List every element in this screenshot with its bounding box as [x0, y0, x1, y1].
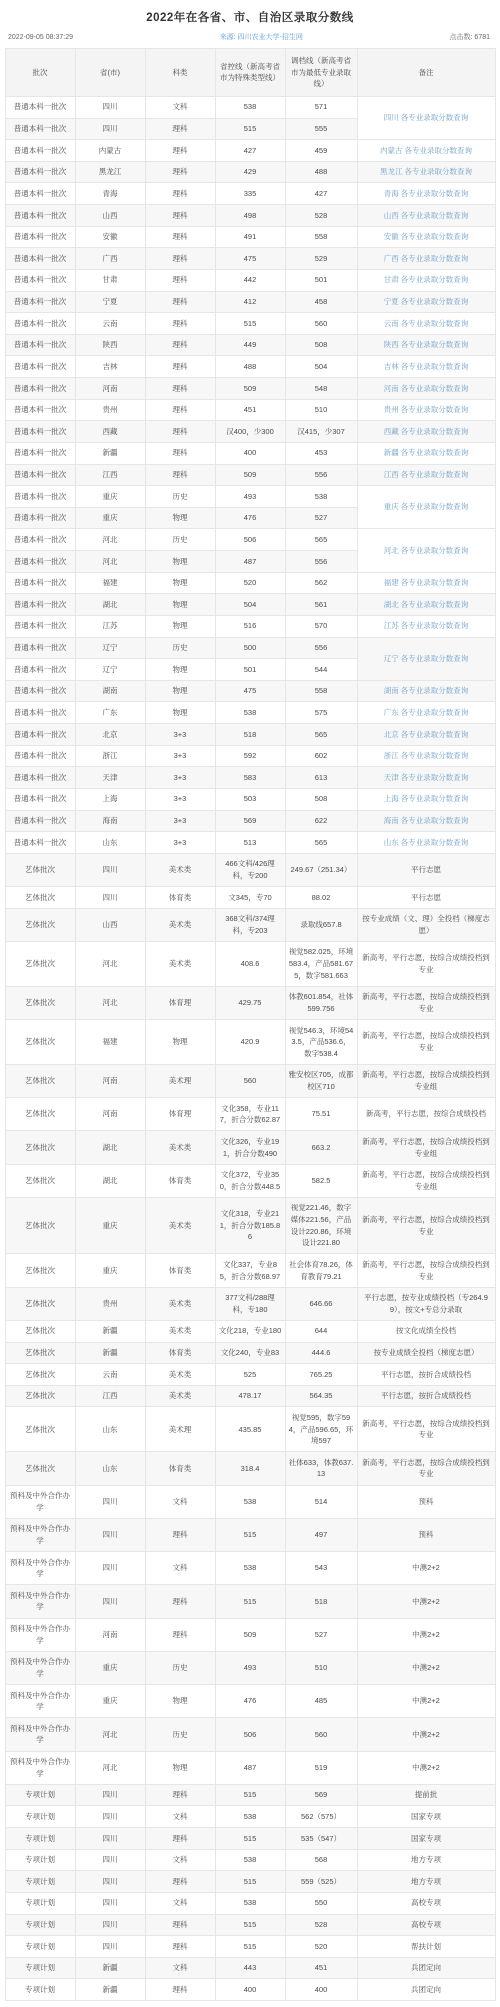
remark-cell: 山东 各专业录取分数查询	[357, 832, 495, 854]
category-cell: 理科	[145, 248, 215, 270]
remark-cell: 河南 各专业录取分数查询	[357, 378, 495, 400]
province-cell: 新疆	[75, 1979, 145, 2001]
remark-link[interactable]: 山西 各专业录取分数查询	[384, 211, 469, 220]
remark-text: 新高考，平行志愿，按综合成绩投档到专业	[362, 1260, 490, 1281]
category-cell: 文科	[145, 1892, 215, 1914]
province-cell: 河北	[75, 1751, 145, 1784]
control-line-cell: 487	[215, 1751, 285, 1784]
category-cell: 体育理	[145, 986, 215, 1019]
batch-cell: 专项计划	[5, 1871, 75, 1893]
remark-link[interactable]: 新疆 各专业录取分数查询	[384, 448, 469, 457]
batch-cell: 普通本科一批次	[5, 529, 75, 551]
remark-cell: 提前批	[357, 1784, 495, 1806]
category-cell: 美术类	[145, 853, 215, 886]
control-line-cell: 文345，专70	[215, 887, 285, 909]
control-line-cell: 文化218，专业180	[215, 1320, 285, 1342]
col-header-4: 调档线（新高考省市为最低专业录取线）	[285, 49, 357, 97]
transfer-line-cell: 560	[285, 1718, 357, 1751]
batch-cell: 普通本科一批次	[5, 464, 75, 486]
remark-link[interactable]: 广东 各专业录取分数查询	[384, 708, 469, 717]
col-header-1: 省(市)	[75, 49, 145, 97]
batch-cell: 专项计划	[5, 1806, 75, 1828]
table-row: 预科及中外合作办学河北物理487519中澳2+2	[5, 1751, 495, 1784]
province-cell: 甘肃	[75, 269, 145, 291]
province-cell: 重庆	[75, 1651, 145, 1684]
batch-cell: 预科及中外合作办学	[5, 1685, 75, 1718]
control-line-cell: 516	[215, 615, 285, 637]
remark-link[interactable]: 湖北 各专业录取分数查询	[384, 600, 469, 609]
category-cell: 理科	[145, 1784, 215, 1806]
province-cell: 山东	[75, 1407, 145, 1452]
province-cell: 新疆	[75, 1342, 145, 1364]
table-row: 普通本科一批次浙江3+3592602浙江 各专业录取分数查询	[5, 745, 495, 767]
province-cell: 四川	[75, 1806, 145, 1828]
remark-link[interactable]: 黑龙江 各专业录取分数查询	[380, 167, 472, 176]
province-cell: 湖北	[75, 594, 145, 616]
province-cell: 云南	[75, 313, 145, 335]
category-cell: 历史	[145, 1718, 215, 1751]
control-line-cell: 408.6	[215, 941, 285, 986]
col-header-5: 备注	[357, 49, 495, 97]
batch-cell: 艺体批次	[5, 941, 75, 986]
col-header-0: 批次	[5, 49, 75, 97]
category-cell: 体育类	[145, 1254, 215, 1287]
transfer-line-cell: 508	[285, 334, 357, 356]
remark-text: 新高考，平行志愿，按综合成绩投档到专业	[362, 1215, 490, 1236]
province-cell: 四川	[75, 853, 145, 886]
remark-link[interactable]: 陕西 各专业录取分数查询	[384, 340, 469, 349]
remark-text: 中澳2+2	[412, 1563, 440, 1572]
transfer-line-cell: 556	[285, 464, 357, 486]
remark-text: 中澳2+2	[412, 1630, 440, 1639]
remark-link[interactable]: 贵州 各专业录取分数查询	[384, 405, 469, 414]
control-line-cell: 506	[215, 529, 285, 551]
category-cell: 文科	[145, 1806, 215, 1828]
control-line-cell: 487	[215, 551, 285, 573]
remark-text: 中澳2+2	[412, 1696, 440, 1705]
remark-cell: 宁夏 各专业录取分数查询	[357, 291, 495, 313]
remark-text: 新高考，平行志愿，按综合成绩投档到专业	[362, 1458, 490, 1479]
category-cell: 物理	[145, 507, 215, 529]
province-cell: 福建	[75, 1020, 145, 1065]
header-row: 批次省(市)科类省控线（新高考省市为特殊类型线）调档线（新高考省市为最低专业录取…	[5, 49, 495, 97]
transfer-line-cell: 622	[285, 810, 357, 832]
remark-cell: 北京 各专业录取分数查询	[357, 724, 495, 746]
remark-link[interactable]: 内蒙古 各专业录取分数查询	[380, 146, 472, 155]
batch-cell: 普通本科一批次	[5, 615, 75, 637]
remark-text: 新高考，平行志愿，按综合成绩投档到专业	[362, 1031, 490, 1052]
remark-text: 国家专项	[411, 1812, 441, 1821]
control-line-cell: 400	[215, 442, 285, 464]
batch-cell: 普通本科一批次	[5, 810, 75, 832]
control-line-cell: 515	[215, 1784, 285, 1806]
province-cell: 河南	[75, 1064, 145, 1097]
category-cell: 物理	[145, 702, 215, 724]
remark-text: 兵团定向	[411, 1963, 441, 1972]
category-cell: 理科	[145, 1979, 215, 2001]
transfer-line-cell: 514	[285, 1485, 357, 1518]
table-row: 艺体批次新疆体育类文化240，专业83444.6按专业成绩全投档（梯度志愿）	[5, 1342, 495, 1364]
batch-cell: 普通本科一批次	[5, 161, 75, 183]
transfer-line-cell: 527	[285, 507, 357, 529]
transfer-line-cell: 562（575）	[285, 1806, 357, 1828]
remark-link[interactable]: 湖南 各专业录取分数查询	[384, 686, 469, 695]
province-cell: 陕西	[75, 334, 145, 356]
hit-counter: 点击数: 6781	[450, 32, 490, 42]
remark-cell: 甘肃 各专业录取分数查询	[357, 269, 495, 291]
transfer-line-cell: 556	[285, 551, 357, 573]
batch-cell: 艺体批次	[5, 1064, 75, 1097]
table-row: 普通本科一批次福建物理520562福建 各专业录取分数查询	[5, 572, 495, 594]
batch-cell: 普通本科一批次	[5, 572, 75, 594]
province-cell: 山东	[75, 1452, 145, 1485]
transfer-line-cell: 录取线657.8	[285, 908, 357, 941]
transfer-line-cell: 569	[285, 1784, 357, 1806]
batch-cell: 普通本科一批次	[5, 313, 75, 335]
transfer-line-cell: 488	[285, 161, 357, 183]
control-line-cell: 400	[215, 1979, 285, 2001]
table-row: 普通本科一批次甘肃理科442501甘肃 各专业录取分数查询	[5, 269, 495, 291]
table-row: 专项计划四川理科515569提前批	[5, 1784, 495, 1806]
table-row: 专项计划四川理科515559（525）地方专项	[5, 1871, 495, 1893]
batch-cell: 预科及中外合作办学	[5, 1751, 75, 1784]
table-row: 专项计划四川文科538550高校专项	[5, 1892, 495, 1914]
transfer-line-cell: 社体633，体教637.13	[285, 1452, 357, 1485]
batch-cell: 专项计划	[5, 1784, 75, 1806]
control-line-cell: 368文科/374理科，专203	[215, 908, 285, 941]
remark-cell: 山西 各专业录取分数查询	[357, 205, 495, 227]
transfer-line-cell: 613	[285, 767, 357, 789]
remark-link[interactable]: 江苏 各专业录取分数查询	[384, 621, 469, 630]
transfer-line-cell: 528	[285, 1914, 357, 1936]
batch-cell: 艺体批次	[5, 1131, 75, 1164]
table-row: 普通本科一批次贵州理科451510贵州 各专业录取分数查询	[5, 399, 495, 421]
remark-cell: 平行志愿	[357, 853, 495, 886]
control-line-cell: 538	[215, 1552, 285, 1585]
batch-cell: 普通本科一批次	[5, 594, 75, 616]
batch-cell: 艺体批次	[5, 1098, 75, 1131]
table-row: 预科及中外合作办学重庆物理476485中澳2+2	[5, 1685, 495, 1718]
remark-link[interactable]: 云南 各专业录取分数查询	[384, 319, 469, 328]
province-cell: 四川	[75, 1871, 145, 1893]
category-cell: 物理	[145, 1751, 215, 1784]
remark-link[interactable]: 浙江 各专业录取分数查询	[384, 751, 469, 760]
control-line-cell: 498	[215, 205, 285, 227]
table-row: 预科及中外合作办学四川文科538543中澳2+2	[5, 1552, 495, 1585]
transfer-line-cell: 555	[285, 118, 357, 140]
remark-cell: 云南 各专业录取分数查询	[357, 313, 495, 335]
remark-cell: 高校专项	[357, 1892, 495, 1914]
remark-link[interactable]: 河南 各专业录取分数查询	[384, 384, 469, 393]
province-cell: 重庆	[75, 1254, 145, 1287]
control-line-cell: 513	[215, 832, 285, 854]
batch-cell: 专项计划	[5, 1936, 75, 1958]
remark-link[interactable]: 青海 各专业录取分数查询	[384, 189, 469, 198]
control-line-cell: 488	[215, 356, 285, 378]
category-cell: 理科	[145, 1828, 215, 1850]
meta-bar: 2022-09-05 08:37:29 来源: 四川农业大学-招生网 点击数: …	[0, 32, 500, 48]
remark-link[interactable]: 山东 各专业录取分数查询	[384, 838, 469, 847]
control-line-cell: 506	[215, 1718, 285, 1751]
batch-cell: 预科及中外合作办学	[5, 1651, 75, 1684]
batch-cell: 普通本科一批次	[5, 507, 75, 529]
table-row: 专项计划新疆理科400400兵团定向	[5, 1979, 495, 2001]
province-cell: 辽宁	[75, 659, 145, 681]
table-row: 普通本科一批次西藏理科汉400，少300汉415，少307西藏 各专业录取分数查…	[5, 421, 495, 443]
category-cell: 物理	[145, 1685, 215, 1718]
remark-link[interactable]: 河北 各专业录取分数查询	[384, 546, 469, 555]
transfer-line-cell: 451	[285, 1957, 357, 1979]
transfer-line-cell: 565	[285, 529, 357, 551]
control-line-cell: 449	[215, 334, 285, 356]
remark-cell: 按文化成绩全投档	[357, 1320, 495, 1342]
remark-cell: 青海 各专业录取分数查询	[357, 183, 495, 205]
batch-cell: 艺体批次	[5, 853, 75, 886]
remark-text: 平行志愿	[411, 893, 441, 902]
remark-cell: 陕西 各专业录取分数查询	[357, 334, 495, 356]
control-line-cell: 503	[215, 788, 285, 810]
source-label: 来源:	[220, 34, 236, 41]
remark-cell: 高校专项	[357, 1914, 495, 1936]
category-cell: 理科	[145, 1585, 215, 1618]
province-cell: 湖北	[75, 1164, 145, 1197]
batch-cell: 预科及中外合作办学	[5, 1618, 75, 1651]
remark-cell: 按专业成绩（文、理）全投档（梯度志愿）	[357, 908, 495, 941]
control-line-cell: 504	[215, 594, 285, 616]
province-cell: 河北	[75, 986, 145, 1019]
batch-cell: 艺体批次	[5, 1254, 75, 1287]
remark-link[interactable]: 上海 各专业录取分数查询	[384, 794, 469, 803]
transfer-line-cell: 550	[285, 1892, 357, 1914]
category-cell: 美术类	[145, 1320, 215, 1342]
category-cell: 理科	[145, 313, 215, 335]
remark-link[interactable]: 重庆 各专业录取分数查询	[384, 502, 469, 511]
batch-cell: 艺体批次	[5, 1197, 75, 1254]
control-line-cell: 500	[215, 637, 285, 659]
table-row: 普通本科一批次湖南物理475558湖南 各专业录取分数查询	[5, 680, 495, 702]
batch-cell: 普通本科一批次	[5, 118, 75, 140]
remark-link[interactable]: 北京 各专业录取分数查询	[384, 730, 469, 739]
transfer-line-cell: 558	[285, 680, 357, 702]
col-header-3: 省控线（新高考省市为特殊类型线）	[215, 49, 285, 97]
province-cell: 天津	[75, 767, 145, 789]
transfer-line-cell: 510	[285, 399, 357, 421]
category-cell: 理科	[145, 291, 215, 313]
category-cell: 文科	[145, 1485, 215, 1518]
table-row: 艺体批次云南美术类525765.25平行志愿，按折合成绩投档	[5, 1364, 495, 1386]
source-line: 来源: 四川农业大学-招生网	[73, 32, 450, 42]
remark-cell: 地方专项	[357, 1871, 495, 1893]
batch-cell: 普通本科一批次	[5, 96, 75, 118]
transfer-line-cell: 565	[285, 832, 357, 854]
category-cell: 美术理	[145, 1407, 215, 1452]
category-cell: 理科	[145, 161, 215, 183]
remark-link[interactable]: 宁夏 各专业录取分数查询	[384, 297, 469, 306]
province-cell: 四川	[75, 1485, 145, 1518]
batch-cell: 预科及中外合作办学	[5, 1552, 75, 1585]
control-line-cell: 491	[215, 226, 285, 248]
remark-cell: 中澳2+2	[357, 1552, 495, 1585]
transfer-line-cell: 459	[285, 140, 357, 162]
source-link[interactable]: 四川农业大学-招生网	[238, 34, 303, 41]
table-row: 普通本科一批次河北历史506565河北 各专业录取分数查询	[5, 529, 495, 551]
transfer-line-cell: 575	[285, 702, 357, 724]
batch-cell: 预科及中外合作办学	[5, 1585, 75, 1618]
control-line-cell: 377文科/288理科，专180	[215, 1287, 285, 1320]
category-cell: 3+3	[145, 788, 215, 810]
province-cell: 西藏	[75, 421, 145, 443]
control-line-cell: 569	[215, 810, 285, 832]
batch-cell: 普通本科一批次	[5, 356, 75, 378]
remark-cell: 天津 各专业录取分数查询	[357, 767, 495, 789]
province-cell: 四川	[75, 118, 145, 140]
category-cell: 文科	[145, 1957, 215, 1979]
remark-cell: 中澳2+2	[357, 1751, 495, 1784]
transfer-line-cell: 400	[285, 1979, 357, 2001]
category-cell: 理科	[145, 183, 215, 205]
control-line-cell: 451	[215, 399, 285, 421]
batch-cell: 普通本科一批次	[5, 442, 75, 464]
remark-link[interactable]: 江西 各专业录取分数查询	[384, 470, 469, 479]
province-cell: 河南	[75, 378, 145, 400]
category-cell: 体育类	[145, 1342, 215, 1364]
province-cell: 湖北	[75, 1131, 145, 1164]
table-row: 预科及中外合作办学重庆历史493510中澳2+2	[5, 1651, 495, 1684]
category-cell: 理科	[145, 442, 215, 464]
remark-text: 按专业成绩（文、理）全投档（梯度志愿）	[362, 914, 490, 935]
province-cell: 江西	[75, 464, 145, 486]
remark-cell: 广东 各专业录取分数查询	[357, 702, 495, 724]
province-cell: 安徽	[75, 226, 145, 248]
control-line-cell: 443	[215, 1957, 285, 1979]
remark-text: 平行志愿，按折合成绩投档	[381, 1370, 471, 1379]
category-cell: 历史	[145, 529, 215, 551]
remark-text: 兵团定向	[411, 1985, 441, 1994]
category-cell: 理科	[145, 421, 215, 443]
remark-link[interactable]: 西藏 各专业录取分数查询	[384, 427, 469, 436]
remark-link[interactable]: 四川 各专业录取分数查询	[384, 113, 469, 122]
remark-text: 新高考，平行志愿，按综合成绩投档到专业	[362, 953, 490, 974]
transfer-line-cell: 558	[285, 226, 357, 248]
page-title: 2022年在各省、市、自治区录取分数线	[0, 0, 500, 32]
control-line-cell: 515	[215, 313, 285, 335]
control-line-cell: 476	[215, 507, 285, 529]
remark-link[interactable]: 安徽 各专业录取分数查询	[384, 232, 469, 241]
remark-link[interactable]: 吉林 各专业录取分数查询	[384, 362, 469, 371]
remark-link[interactable]: 海南 各专业录取分数查询	[384, 816, 469, 825]
remark-text: 中澳2+2	[412, 1663, 440, 1672]
province-cell: 四川	[75, 1585, 145, 1618]
category-cell: 美术类	[145, 1364, 215, 1386]
remark-cell: 湖南 各专业录取分数查询	[357, 680, 495, 702]
table-row: 艺体批次福建物理420.9视觉546.3，环境543.5，产品536.6，数字5…	[5, 1020, 495, 1065]
category-cell: 美术类	[145, 941, 215, 986]
province-cell: 贵州	[75, 1287, 145, 1320]
transfer-line-cell: 765.25	[285, 1364, 357, 1386]
province-cell: 湖南	[75, 680, 145, 702]
province-cell: 重庆	[75, 1685, 145, 1718]
control-line-cell: 509	[215, 378, 285, 400]
batch-cell: 艺体批次	[5, 1407, 75, 1452]
category-cell: 历史	[145, 637, 215, 659]
province-cell: 宁夏	[75, 291, 145, 313]
remark-link[interactable]: 天津 各专业录取分数查询	[384, 773, 469, 782]
category-cell: 美术类	[145, 1385, 215, 1407]
category-cell: 历史	[145, 1651, 215, 1684]
province-cell: 山西	[75, 205, 145, 227]
batch-cell: 艺体批次	[5, 1320, 75, 1342]
batch-cell: 普通本科一批次	[5, 788, 75, 810]
transfer-line-cell: 562	[285, 572, 357, 594]
province-cell: 贵州	[75, 399, 145, 421]
province-cell: 新疆	[75, 442, 145, 464]
category-cell: 理科	[145, 1871, 215, 1893]
remark-cell: 四川 各专业录取分数查询	[357, 96, 495, 139]
batch-cell: 普通本科一批次	[5, 702, 75, 724]
table-row: 普通本科一批次北京3+3518565北京 各专业录取分数查询	[5, 724, 495, 746]
remark-cell: 中澳2+2	[357, 1585, 495, 1618]
batch-cell: 预科及中外合作办学	[5, 1518, 75, 1551]
remark-text: 新高考，平行志愿，按综合成绩投档	[366, 1109, 486, 1118]
control-line-cell: 538	[215, 1485, 285, 1518]
transfer-line-cell: 519	[285, 1751, 357, 1784]
remark-link[interactable]: 辽宁 各专业录取分数查询	[384, 654, 469, 663]
category-cell: 3+3	[145, 832, 215, 854]
batch-cell: 普通本科一批次	[5, 205, 75, 227]
remark-text: 按文化成绩全投档	[396, 1326, 456, 1335]
admission-score-page: 2022年在各省、市、自治区录取分数线 2022-09-05 08:37:29 …	[0, 0, 500, 2007]
category-cell: 3+3	[145, 745, 215, 767]
category-cell: 物理	[145, 615, 215, 637]
control-line-cell: 515	[215, 118, 285, 140]
batch-cell: 艺体批次	[5, 1020, 75, 1065]
batch-cell: 普通本科一批次	[5, 334, 75, 356]
remark-text: 提前批	[415, 1790, 438, 1799]
remark-link[interactable]: 福建 各专业录取分数查询	[384, 578, 469, 587]
publish-date: 2022-09-05 08:37:29	[8, 34, 73, 41]
table-row: 普通本科一批次山东3+3513565山东 各专业录取分数查询	[5, 832, 495, 854]
remark-text: 地方专项	[411, 1855, 441, 1864]
category-cell: 理科	[145, 226, 215, 248]
table-header: 批次省(市)科类省控线（新高考省市为特殊类型线）调档线（新高考省市为最低专业录取…	[5, 49, 495, 97]
remark-link[interactable]: 广西 各专业录取分数查询	[384, 254, 469, 263]
remark-cell: 中澳2+2	[357, 1685, 495, 1718]
transfer-line-cell: 644	[285, 1320, 357, 1342]
category-cell: 理科	[145, 269, 215, 291]
table-row: 艺体批次重庆美术类文化318，专业211，折合分数185.86视觉221.46，…	[5, 1197, 495, 1254]
remark-text: 新高考，平行志愿，按综合成绩投档到专业组	[362, 1070, 490, 1091]
remark-cell: 新高考，平行志愿，按综合成绩投档	[357, 1098, 495, 1131]
remark-text: 按专业成绩全投档（梯度志愿）	[374, 1348, 479, 1357]
table-row: 普通本科一批次天津3+3583613天津 各专业录取分数查询	[5, 767, 495, 789]
batch-cell: 艺体批次	[5, 1385, 75, 1407]
remark-cell: 广西 各专业录取分数查询	[357, 248, 495, 270]
remark-cell: 帮扶计划	[357, 1936, 495, 1958]
category-cell: 理科	[145, 1914, 215, 1936]
remark-link[interactable]: 甘肃 各专业录取分数查询	[384, 275, 469, 284]
remark-cell: 贵州 各专业录取分数查询	[357, 399, 495, 421]
category-cell: 理科	[145, 1936, 215, 1958]
control-line-cell: 文化240，专业83	[215, 1342, 285, 1364]
province-cell: 青海	[75, 183, 145, 205]
province-cell: 河北	[75, 941, 145, 986]
remark-cell: 河北 各专业录取分数查询	[357, 529, 495, 572]
province-cell: 四川	[75, 96, 145, 118]
control-line-cell: 518	[215, 724, 285, 746]
remark-text: 中澳2+2	[412, 1763, 440, 1772]
transfer-line-cell: 427	[285, 183, 357, 205]
remark-cell: 海南 各专业录取分数查询	[357, 810, 495, 832]
